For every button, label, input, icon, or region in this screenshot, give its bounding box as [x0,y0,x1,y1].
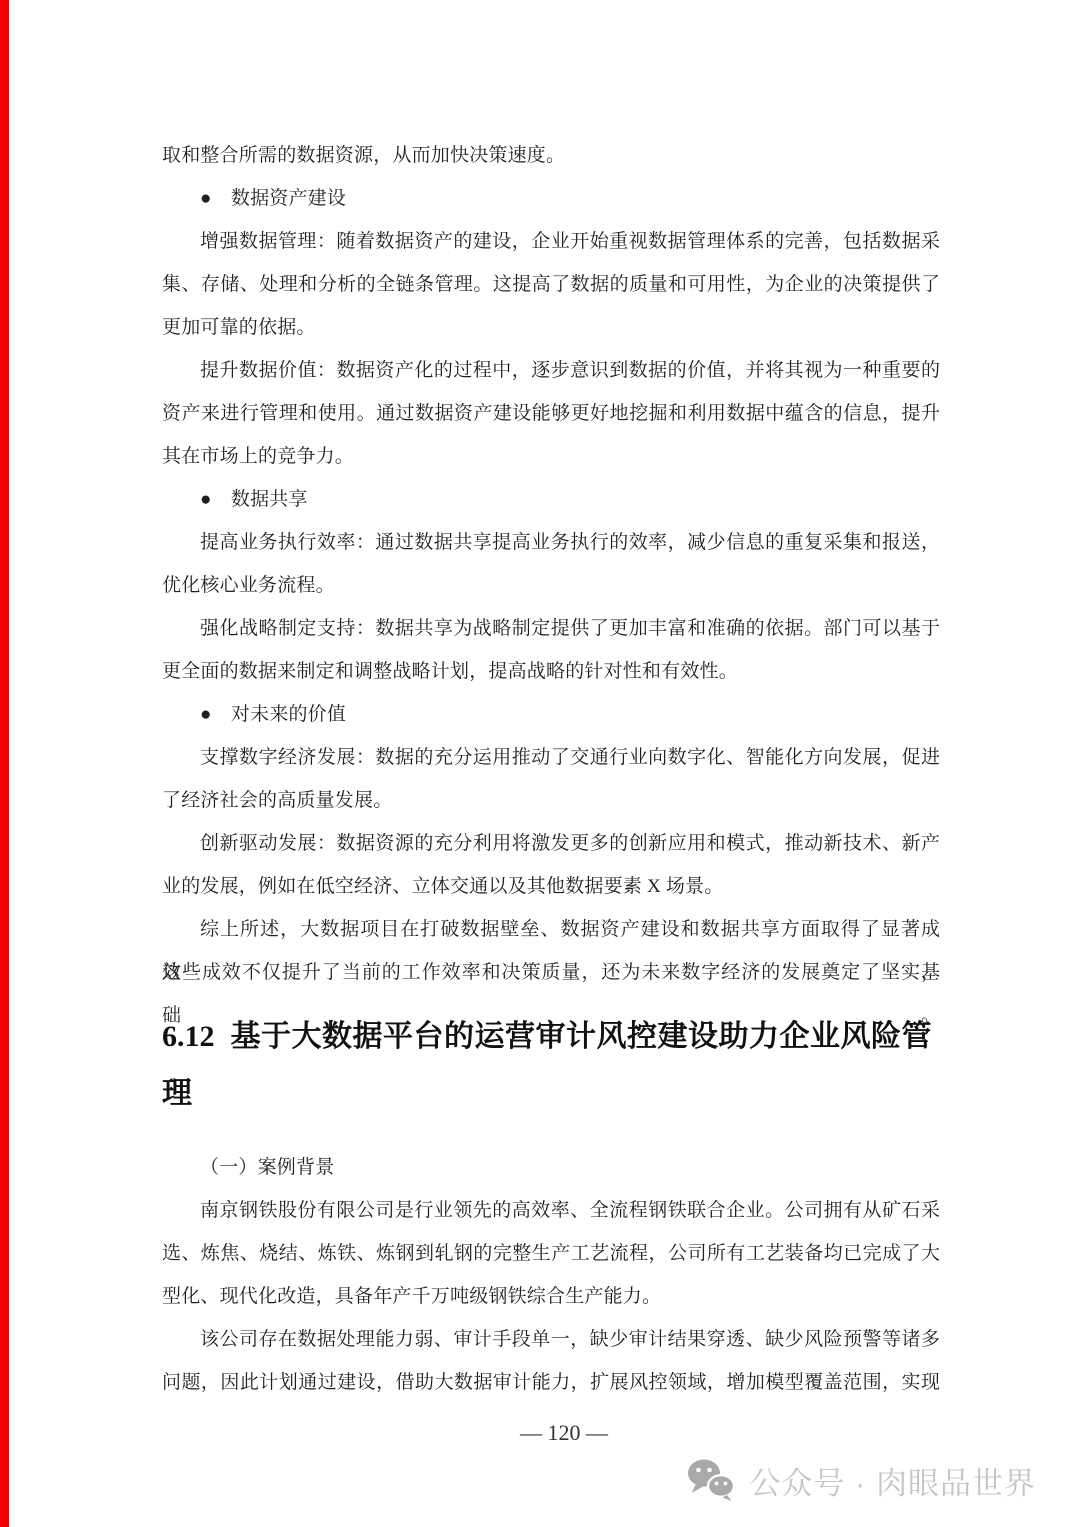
section-heading: 6.12基于大数据平台的运营审计风控建设助力企业风险管 理 [162,1008,940,1122]
section-number: 6.12 [162,1020,215,1053]
text-line: 创新驱动发展：数据资源的充分利用将激发更多的创新应用和模式，推动新技术、新产 [162,822,940,865]
page-number: — 120 — [0,1418,1080,1448]
watermark: 公众号 · 肉眼品世界 [687,1456,1036,1504]
document-body: 取和整合所需的数据资源，从而加快决策速度。 ● 数据资产建设 增强数据管理：随着… [162,134,940,1404]
text-line: 业的发展，例如在低空经济、立体交通以及其他数据要素 X 场景。 [162,865,940,908]
watermark-text: 公众号 · 肉眼品世界 [749,1458,1036,1503]
text-line: 该公司存在数据处理能力弱、审计手段单一，缺少审计结果穿透、缺少风险预警等诸多 [162,1318,940,1361]
text-line: 综上所述，大数据项目在打破数据壁垒、数据资产建设和数据共享方面取得了显著成效， [162,908,940,951]
section-title: 基于大数据平台的运营审计风控建设助力企业风险管 [231,1020,933,1053]
text-line: 优化核心业务流程。 [162,564,940,607]
text-line: 型化、现代化改造，具备年产千万吨级钢铁综合生产能力。 [162,1275,940,1318]
text-line: 选、炼焦、烧结、炼铁、炼钢到轧钢的完整生产工艺流程，公司所有工艺装备均已完成了大 [162,1232,940,1275]
text-line: 其在市场上的竞争力。 [162,435,940,478]
bullet-line: ● 数据资产建设 [162,177,940,220]
text-line: 更加可靠的依据。 [162,306,940,349]
text-line: 取和整合所需的数据资源，从而加快决策速度。 [162,134,940,177]
wechat-icon [687,1458,735,1502]
bullet-line: ● 数据共享 [162,478,940,521]
text-line: 更全面的数据来制定和调整战略计划，提高战略的针对性和有效性。 [162,650,940,693]
text-line: 提升数据价值：数据资产化的过程中，逐步意识到数据的价值，并将其视为一种重要的 [162,349,940,392]
text-line: 支撑数字经济发展：数据的充分运用推动了交通行业向数字化、智能化方向发展，促进 [162,736,940,779]
section-heading-line2: 理 [162,1065,940,1122]
text-line: 强化战略制定支持：数据共享为战略制定提供了更加丰富和准确的依据。部门可以基于 [162,607,940,650]
text-line: 资产来进行管理和使用。通过数据资产建设能够更好地挖掘和利用数据中蕴含的信息，提升 [162,392,940,435]
case-subheading: （一）案例背景 [162,1146,940,1189]
text-line: 这些成效不仅提升了当前的工作效率和决策质量，还为未来数字经济的发展奠定了坚实基础… [162,951,940,994]
text-line: 增强数据管理：随着数据资产的建设，企业开始重视数据管理体系的完善，包括数据采 [162,220,940,263]
text-line: 问题，因此计划通过建设，借助大数据审计能力，扩展风控领域，增加模型覆盖范围，实现 [162,1361,940,1404]
text-line: 南京钢铁股份有限公司是行业领先的高效率、全流程钢铁联合企业。公司拥有从矿石采 [162,1189,940,1232]
left-accent-bar [0,0,9,1527]
page: { "page": { "background": "#ffffff", "ac… [0,0,1080,1527]
text-line: 提高业务执行效率：通过数据共享提高业务执行的效率，减少信息的重复采集和报送， [162,521,940,564]
section-heading-line1: 6.12基于大数据平台的运营审计风控建设助力企业风险管 [162,1008,940,1065]
text-line: 集、存储、处理和分析的全链条管理。这提高了数据的质量和可用性，为企业的决策提供了 [162,263,940,306]
text-line: 了经济社会的高质量发展。 [162,779,940,822]
bullet-line: ● 对未来的价值 [162,693,940,736]
